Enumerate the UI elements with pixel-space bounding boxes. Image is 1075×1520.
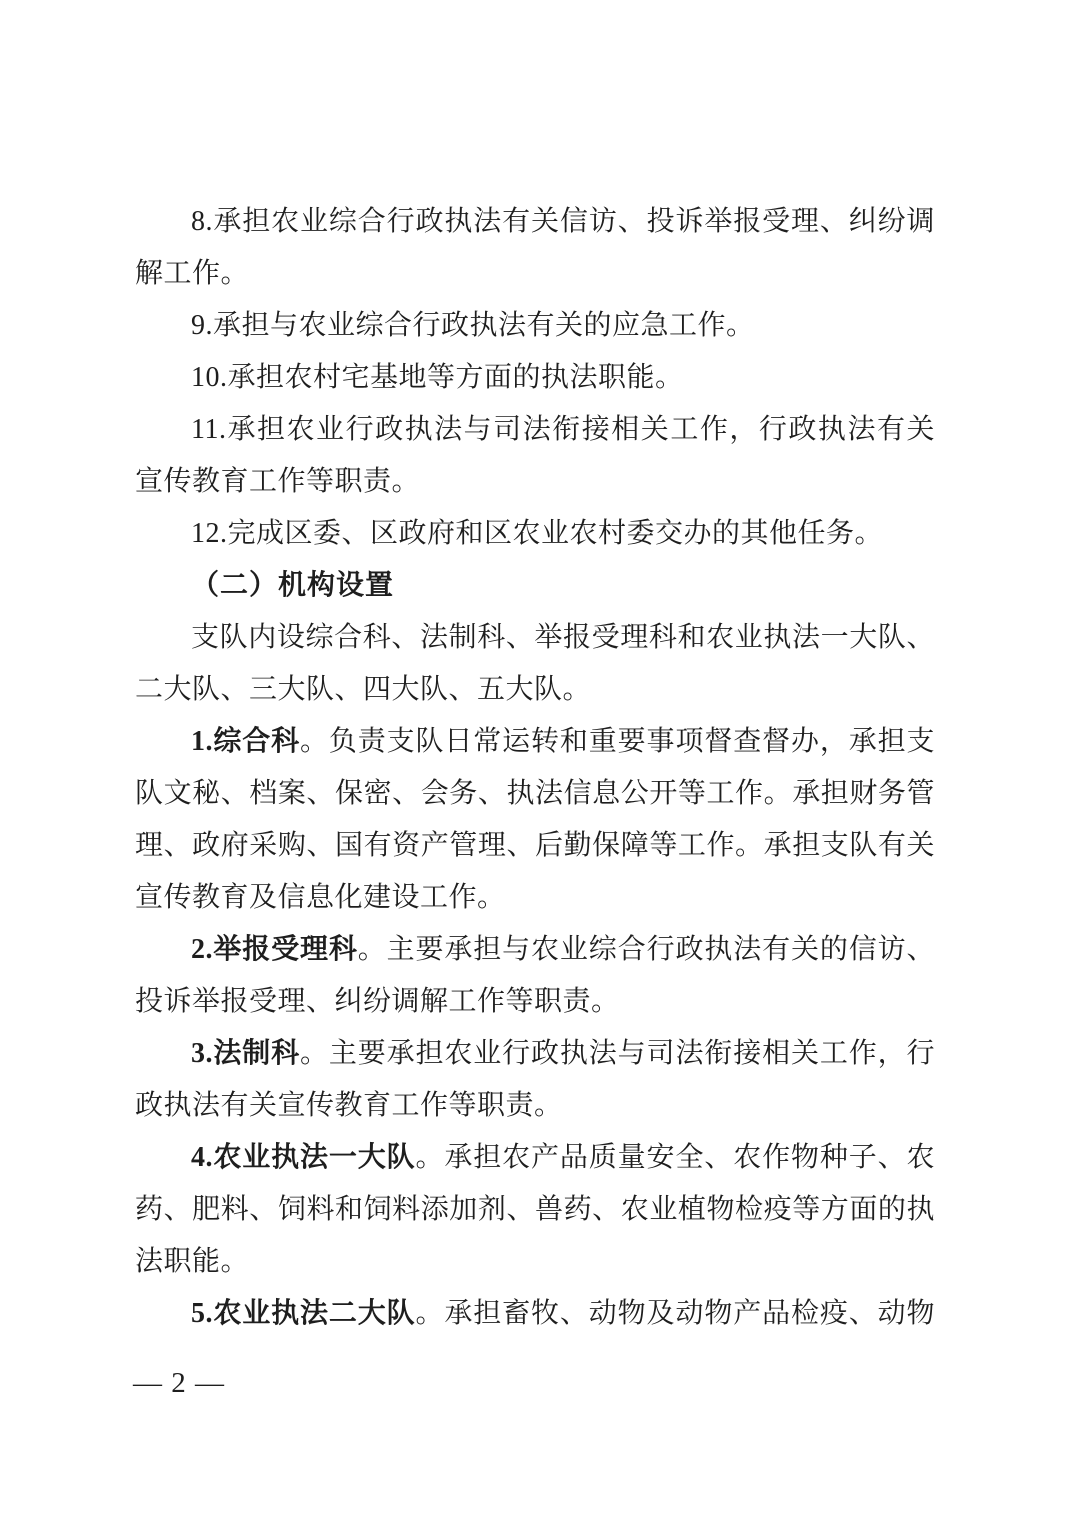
text-line: 投诉举报受理、纠纷调解工作等职责。 [135,976,935,1028]
text-line: 支队内设综合科、法制科、举报受理科和农业执法一大队、 [135,612,935,664]
paragraph-lead: 2.举报受理科 [191,934,358,965]
section-heading: （二）机构设置 [135,560,935,612]
text-line: 法职能。 [135,1236,935,1288]
paragraph: 12.完成区委、区政府和区农业农村委交办的其他任务。 [135,508,935,560]
text-line: 10.承担农村宅基地等方面的执法职能。 [135,352,935,404]
paragraph: 9.承担与农业综合行政执法有关的应急工作。 [135,300,935,352]
paragraph: 支队内设综合科、法制科、举报受理科和农业执法一大队、二大队、三大队、四大队、五大… [135,612,935,716]
page-number: — 2 — [133,1357,225,1409]
text-line: 队文秘、档案、保密、会务、执法信息公开等工作。承担财务管 [135,768,935,820]
paragraph-lead: 3.法制科 [191,1038,300,1069]
paragraph: 8.承担农业综合行政执法有关信访、投诉举报受理、纠纷调解工作。 [135,196,935,300]
text-line: 二大队、三大队、四大队、五大队。 [135,664,935,716]
text-line: 4.农业执法一大队。承担农产品质量安全、农作物种子、农 [135,1132,935,1184]
paragraph-lead: 5.农业执法二大队 [191,1298,416,1329]
paragraph: 10.承担农村宅基地等方面的执法职能。 [135,352,935,404]
text-line: 解工作。 [135,248,935,300]
text-line: 8.承担农业综合行政执法有关信访、投诉举报受理、纠纷调 [135,196,935,248]
text-line: 理、政府采购、国有资产管理、后勤保障等工作。承担支队有关 [135,820,935,872]
text-line: 药、肥料、饲料和饲料添加剂、兽药、农业植物检疫等方面的执 [135,1184,935,1236]
text-line: 宣传教育及信息化建设工作。 [135,872,935,924]
text-line: 宣传教育工作等职责。 [135,456,935,508]
text-line: （二）机构设置 [135,560,935,612]
document-page: 8.承担农业综合行政执法有关信访、投诉举报受理、纠纷调解工作。9.承担与农业综合… [0,0,1075,1520]
text-line: 1.综合科。负责支队日常运转和重要事项督查督办，承担支 [135,716,935,768]
paragraph: 1.综合科。负责支队日常运转和重要事项督查督办，承担支队文秘、档案、保密、会务、… [135,716,935,924]
text-line: 12.完成区委、区政府和区农业农村委交办的其他任务。 [135,508,935,560]
text-line: 3.法制科。主要承担农业行政执法与司法衔接相关工作，行 [135,1028,935,1080]
paragraph: 2.举报受理科。主要承担与农业综合行政执法有关的信访、投诉举报受理、纠纷调解工作… [135,924,935,1028]
document-body: 8.承担农业综合行政执法有关信访、投诉举报受理、纠纷调解工作。9.承担与农业综合… [135,196,935,1340]
text-line: 9.承担与农业综合行政执法有关的应急工作。 [135,300,935,352]
text-line: 11.承担农业行政执法与司法衔接相关工作，行政执法有关 [135,404,935,456]
text-line: 政执法有关宣传教育工作等职责。 [135,1080,935,1132]
text-line: 5.农业执法二大队。承担畜牧、动物及动物产品检疫、动物 [135,1288,935,1340]
paragraph: 11.承担农业行政执法与司法衔接相关工作，行政执法有关宣传教育工作等职责。 [135,404,935,508]
paragraph: 5.农业执法二大队。承担畜牧、动物及动物产品检疫、动物 [135,1288,935,1340]
paragraph: 4.农业执法一大队。承担农产品质量安全、农作物种子、农药、肥料、饲料和饲料添加剂… [135,1132,935,1288]
text-line: 2.举报受理科。主要承担与农业综合行政执法有关的信访、 [135,924,935,976]
paragraph-lead: 4.农业执法一大队 [191,1142,416,1173]
paragraph: 3.法制科。主要承担农业行政执法与司法衔接相关工作，行政执法有关宣传教育工作等职… [135,1028,935,1132]
paragraph-lead: 1.综合科 [191,726,300,757]
